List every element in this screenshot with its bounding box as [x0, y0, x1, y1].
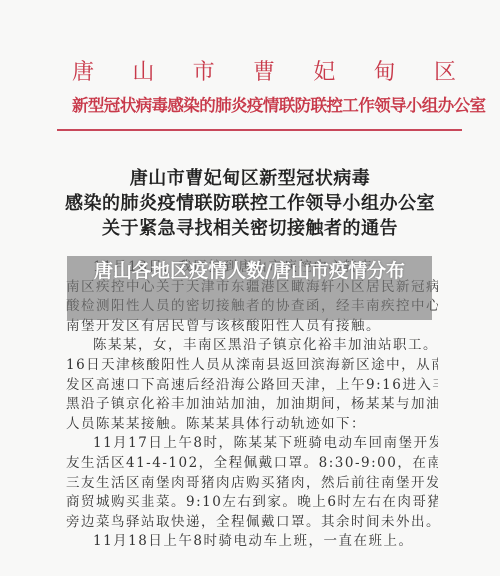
- org-char: 甸: [374, 55, 396, 86]
- body-line: 旁边菜鸟驿站取快递，全程佩戴口罩。其余时间未外出。: [66, 513, 438, 533]
- org-char: 区: [434, 55, 456, 86]
- caption-overlay-text[interactable]: 唐山各地区疫情人数/唐山市疫情分布: [67, 258, 432, 285]
- org-char: 市: [193, 55, 215, 86]
- body-line: 人员陈某某接触。陈某某具体行动轨迹如下：: [66, 415, 438, 435]
- body-line: 友生活区41-4-102，全程佩戴口罩。8:30-9:00，在南堡开发区: [66, 454, 438, 474]
- body-line: 三友生活区南堡肉哥猪肉店购买猪肉，然后前往南堡开发区益丰: [66, 474, 438, 494]
- org-header: 唐 山 市 曹 妃 甸 区: [72, 55, 456, 86]
- body-line: 16日天津核酸阳性人员从滦南县返回滨海新区途中，从南堡开: [66, 356, 438, 376]
- org-char: 妃: [313, 55, 335, 86]
- body-line: 黑沿子镇京化裕丰加油站加油，加油期间，杨某某与加油站工作: [66, 395, 438, 415]
- body-line: 陈某某，女，丰南区黑沿子镇京化裕丰加油站职工。11月: [66, 336, 438, 356]
- notice-title-line: 唐山市曹妃甸区新型冠状病毒: [0, 164, 500, 190]
- body-line: 11月18日上午8时骑电动车上班，一直在班上。: [66, 532, 438, 552]
- body-line: 商贸城购买韭菜。9:10左右到家。晚上6时左右在肉哥猪肉店: [66, 493, 438, 513]
- org-char: 曹: [253, 55, 275, 86]
- notice-title-line: 关于紧急寻找相关密切接触者的通告: [0, 214, 500, 240]
- body-line: 11月17日上午8时，陈某某下班骑电动车回南堡开发区三: [66, 434, 438, 454]
- org-char: 山: [132, 55, 154, 86]
- notice-title-line: 感染的肺炎疫情联防联控工作领导小组办公室: [0, 189, 500, 215]
- org-subtitle: 新型冠状病毒感染的肺炎疫情联防联控工作领导小组办公室: [72, 92, 456, 116]
- body-line: 发区高速口下高速后经沿海公路回天津，上午9:16进入丰南区: [66, 376, 438, 396]
- header-divider: [57, 129, 462, 131]
- org-char: 唐: [72, 55, 94, 86]
